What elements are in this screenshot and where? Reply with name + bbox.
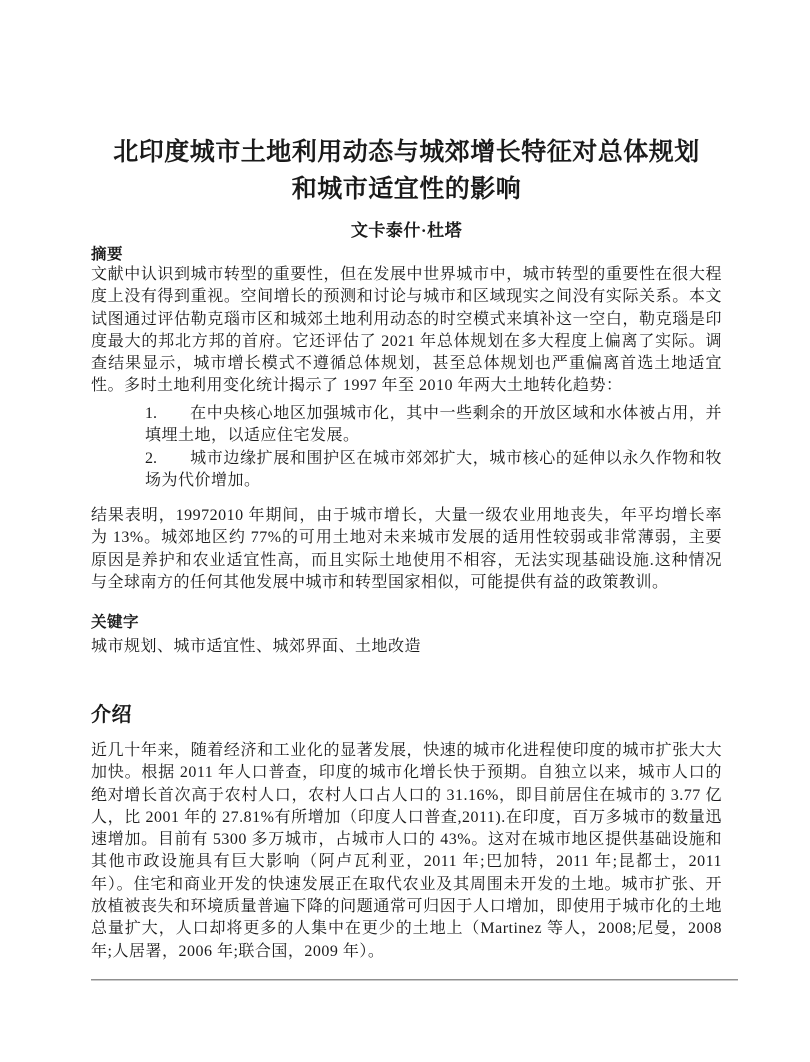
page-title-line-1: 北印度城市土地利用动态与城郊增长特征对总体规划 [91,134,722,171]
list-item: 2.城市边缘扩展和围护区在城市郊郊扩大，城市核心的延伸以永久作物和牧场为代价增加… [145,448,722,493]
document-page: 北印度城市土地利用动态与城郊增长特征对总体规划 和城市适宜性的影响 文卡泰什·杜… [0,0,810,1062]
keywords-text: 城市规划、城市适宜性、城郊界面、土地改造 [91,636,722,658]
abstract-list: 1.在中央核心地区加强城市化，其中一些剩余的开放区域和水体被占用，并填埋土地，以… [145,403,722,492]
list-item-text: 在中央核心地区加强城市化，其中一些剩余的开放区域和水体被占用，并填埋土地，以适应… [145,405,722,444]
list-item-text: 城市边缘扩展和围护区在城市郊郊扩大，城市核心的延伸以永久作物和牧场为代价增加。 [145,450,722,489]
introduction-paragraph: 近几十年来，随着经济和工业化的显著发展，快速的城市化进程使印度的城市扩张大大加快… [91,740,722,963]
section-heading-abstract: 摘要 [91,244,722,265]
author-name: 文卡泰什·杜塔 [91,218,722,243]
list-item-number: 2. [145,448,190,470]
section-heading-keywords: 关键字 [91,612,722,633]
page-title-line-2: 和城市适宜性的影响 [91,171,722,208]
list-item: 1.在中央核心地区加强城市化，其中一些剩余的开放区域和水体被占用，并填埋土地，以… [145,403,722,448]
section-heading-introduction: 介绍 [91,700,722,730]
list-item-number: 1. [145,403,190,425]
page-title: 北印度城市土地利用动态与城郊增长特征对总体规划 和城市适宜性的影响 [91,134,722,208]
abstract-paragraph: 文献中认识到城市转型的重要性，但在发展中世界城市中，城市转型的重要性在很大程度上… [91,264,722,398]
results-paragraph: 结果表明，19972010 年期间，由于城市增长，大量一级农业用地丧失，年平均增… [91,505,722,594]
footnote-divider [91,979,738,981]
